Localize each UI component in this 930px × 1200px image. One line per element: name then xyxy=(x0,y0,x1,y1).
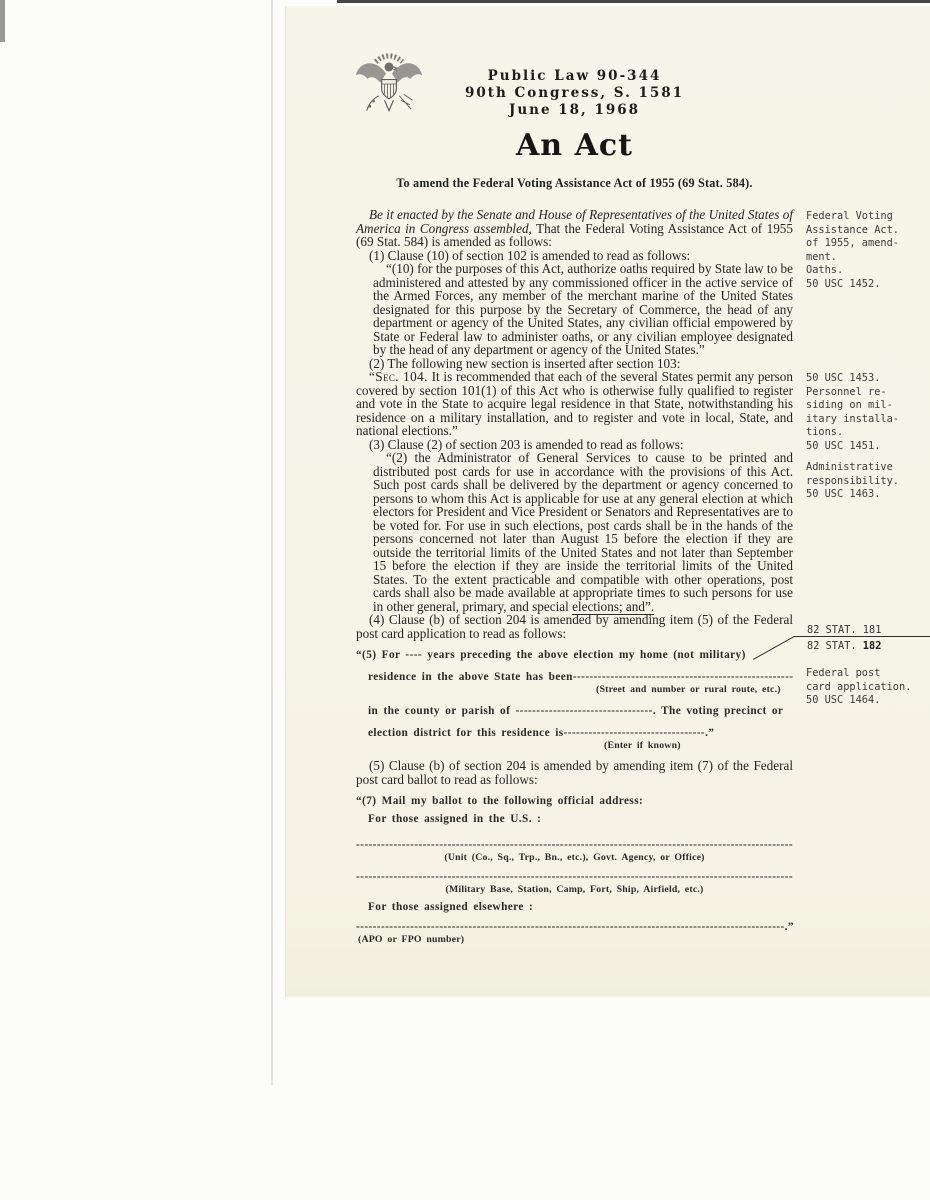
margin-note-federal-post-card: Federal post card application. 50 USC 14… xyxy=(806,667,930,708)
form7-line-1: “(7) Mail my ballot to the following off… xyxy=(356,795,793,807)
quoted-text-clause-10: “(10) for the purposes of this Act, auth… xyxy=(373,262,793,357)
margin-note-fvaa-amendment: Federal Voting Assistance Act. of 1955, … xyxy=(806,210,930,292)
fill-in-blank: ----------------------------------------… xyxy=(573,671,793,683)
statute-body: Be it enacted by the Senate and House of… xyxy=(356,208,793,640)
form7-assigned-us-label: For those assigned in the U.S. : xyxy=(356,813,793,825)
statute-page: Public Law 90-344 90th Congress, S. 1581… xyxy=(285,6,930,997)
law-header: Public Law 90-344 90th Congress, S. 1581… xyxy=(356,68,793,119)
form5-line3-tail: . The voting precinct or xyxy=(653,705,783,717)
amendment-item-3: (3) Clause (2) of section 203 is amended… xyxy=(356,438,793,452)
caption-military-base: (Military Base, Station, Camp, Fort, Shi… xyxy=(356,884,793,895)
margin-note-administrative-responsibility: Administrative responsibility. 50 USC 14… xyxy=(806,461,930,502)
scan-top-edge-line xyxy=(337,0,930,3)
post-card-application-form: “(5) For ---- years preceding the above … xyxy=(356,649,793,751)
quoted-text-clause-2: “(2) the Administrator of General Servic… xyxy=(373,451,793,613)
form7-assigned-elsewhere-label: For those assigned elsewhere : xyxy=(356,901,793,913)
caption-enter-if-known: (Enter if known) xyxy=(356,740,793,751)
statute-body-continued: (5) Clause (b) of section 204 is amended… xyxy=(356,759,793,786)
amendment-item-2: (2) The following new section is inserte… xyxy=(356,357,793,371)
caption-unit-agency: (Unit (Co., Sq., Trp., Bn., etc.), Govt.… xyxy=(356,852,793,863)
scan-edge-artifact xyxy=(0,0,5,42)
stat-182-prefix: 82 STAT. xyxy=(807,640,863,652)
stat-page-divider-rule xyxy=(794,636,930,637)
amendment-item-1: (1) Clause (10) of section 102 is amende… xyxy=(356,249,793,263)
form5-line-1: “(5) For ---- years preceding the above … xyxy=(356,649,793,661)
stat-182-number: 182 xyxy=(863,640,882,652)
fill-in-blank: ---------------------------------- xyxy=(564,727,706,739)
form5-line-2: residence in the above State has been---… xyxy=(356,671,793,683)
quoted-section-104: “Sec. 104. It is recommended that each o… xyxy=(356,370,793,438)
fill-in-blank-unit: ----------------------------------------… xyxy=(356,839,793,851)
enacting-clause: Be it enacted by the Senate and House of… xyxy=(356,208,793,249)
form5-line2-text: residence in the above State has been xyxy=(368,671,573,683)
form5-line4-text: election district for this residence is xyxy=(368,727,564,739)
margin-note-personnel-residing: 50 USC 1453. Personnel re- siding on mil… xyxy=(806,372,930,454)
fill-in-blank: --------------------------------- xyxy=(516,705,653,717)
scanned-document-screen: Public Law 90-344 90th Congress, S. 1581… xyxy=(0,0,930,1200)
text-column: Public Law 90-344 90th Congress, S. 1581… xyxy=(356,6,793,945)
scan-fold-line xyxy=(271,0,273,1085)
form5-line-3: in the county or parish of -------------… xyxy=(356,705,793,717)
form5-line3-text: in the county or parish of xyxy=(368,705,516,717)
enactment-date: June 18, 1968 xyxy=(356,102,793,119)
post-card-ballot-form: “(7) Mail my ballot to the following off… xyxy=(356,795,793,945)
form5-line-4: election district for this residence is-… xyxy=(356,727,793,739)
fill-in-blank-base: ----------------------------------------… xyxy=(356,871,793,883)
congress-session-line: 90th Congress, S. 1581 xyxy=(356,85,793,102)
fill-in-blank-apo: ----------------------------------------… xyxy=(356,921,793,933)
clause-2-text: “(2) the Administrator of General Servic… xyxy=(373,450,793,614)
law-number: Public Law 90-344 xyxy=(356,68,793,85)
act-subtitle: To amend the Federal Voting Assistance A… xyxy=(356,176,793,191)
amendment-item-5: (5) Clause (b) of section 204 is amended… xyxy=(356,759,793,786)
caption-apo-fpo: (APO or FPO number) xyxy=(356,934,793,945)
stat-page-182: 82 STAT. 182 xyxy=(807,640,881,653)
amendment-item-4: (4) Clause (b) of section 204 is amended… xyxy=(356,613,793,640)
act-title: An Act xyxy=(356,128,793,163)
caption-street-number: (Street and number or rural route, etc.) xyxy=(356,684,793,695)
form5-line4-tail: .” xyxy=(705,727,714,739)
